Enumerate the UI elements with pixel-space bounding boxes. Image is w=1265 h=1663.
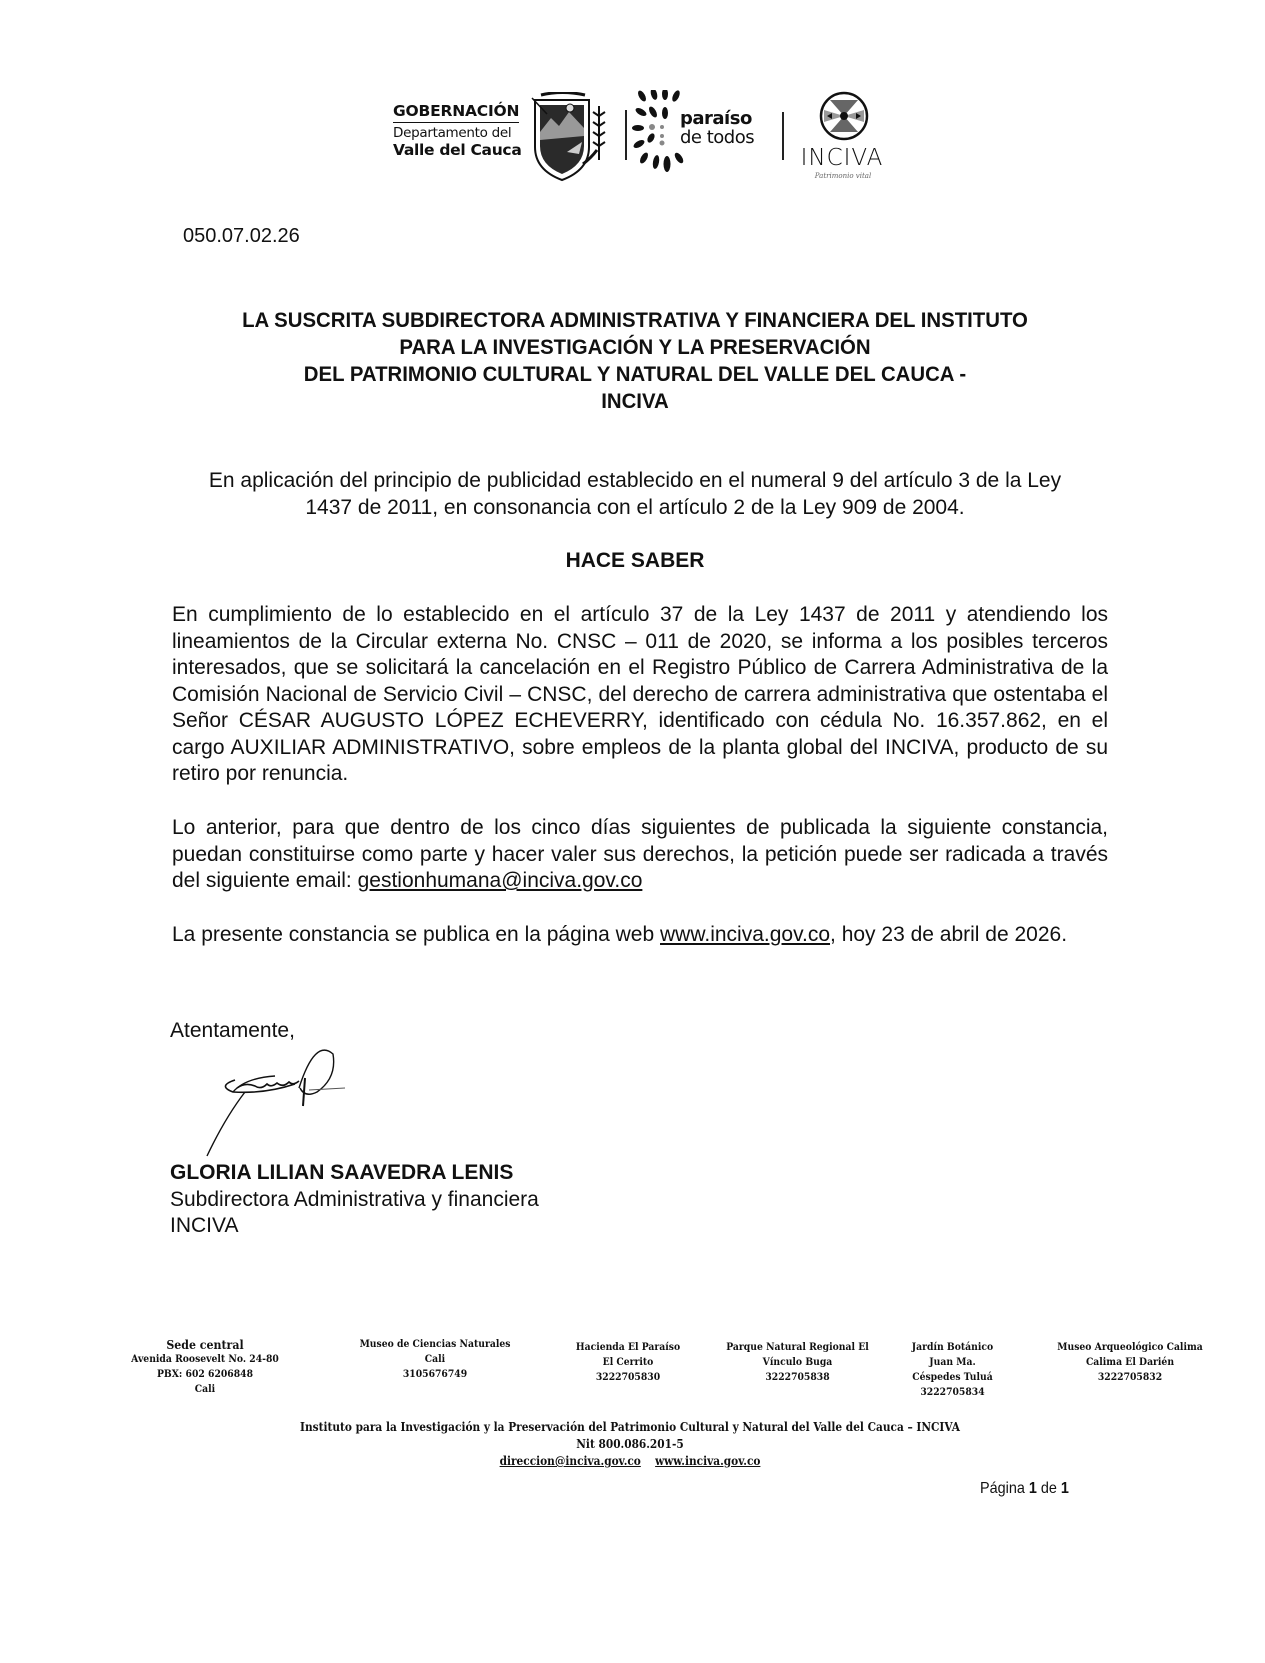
footer-location-line: 3222705830 <box>558 1370 699 1385</box>
footer-location-line: 3105676749 <box>343 1367 528 1382</box>
inciva-emblem-icon <box>818 90 870 142</box>
footer-location-line: PBX: 602 6206848 <box>117 1367 293 1382</box>
inciva-wordmark: INCIVA <box>796 147 888 170</box>
footer-location-parque: Parque Natural Regional El Vínculo Buga … <box>712 1340 884 1385</box>
signer-block: GLORIA LILIAN SAAVEDRA LENIS Subdirector… <box>170 1160 539 1240</box>
footer-nit: Nit 800.086.201-5 <box>225 1437 1035 1452</box>
footer-location-jardin: Jardín Botánico Juan Ma. Céspedes Tuluá … <box>898 1340 1008 1400</box>
footer-location-line: Avenida Roosevelt No. 24-80 <box>117 1352 293 1367</box>
footer-location-heading: Hacienda El Paraíso <box>558 1340 699 1355</box>
rights-paragraph: Lo anterior, para que dentro de los cinc… <box>172 815 1108 895</box>
footer-location-heading: Museo Arqueológico Calima <box>1042 1340 1218 1355</box>
footer-location-heading: Jardín Botánico <box>898 1340 1008 1355</box>
footer-location-line: Vínculo Buga <box>712 1355 884 1370</box>
footer-location-line: 3222705832 <box>1042 1370 1218 1385</box>
footer-contact-links: direccion@inciva.gov.co www.inciva.gov.c… <box>225 1454 1035 1469</box>
footer-website-link[interactable]: www.inciva.gov.co <box>655 1454 760 1468</box>
footer-email-link[interactable]: direccion@inciva.gov.co <box>500 1454 641 1468</box>
page-of-label: de <box>1041 1480 1057 1497</box>
publication-date-text: , hoy 23 de abril de 2026. <box>830 923 1067 946</box>
footer-location-line: 3222705838 <box>712 1370 884 1385</box>
footer-location-hacienda: Hacienda El Paraíso El Cerrito 322270583… <box>558 1340 699 1385</box>
departamento-label: Departamento del <box>393 127 523 141</box>
signer-organization: INCIVA <box>170 1213 539 1240</box>
header-divider <box>782 112 784 160</box>
footer-location-line: Cali <box>343 1352 528 1367</box>
inciva-tagline: Patrimonio vital <box>800 172 886 180</box>
title-line: LA SUSCRITA SUBDIRECTORA ADMINISTRATIVA … <box>194 307 1077 334</box>
footer-location-line: Céspedes Tuluá <box>898 1370 1008 1385</box>
notice-paragraph: En cumplimiento de lo establecido en el … <box>172 602 1108 788</box>
footer-location-heading: Museo de Ciencias Naturales <box>343 1337 528 1352</box>
title-line: DEL PATRIMONIO CULTURAL Y NATURAL DEL VA… <box>194 361 1077 388</box>
section-heading: HACE SABER <box>185 548 1085 575</box>
handwritten-signature <box>205 1048 385 1158</box>
intro-paragraph: En aplicación del principio de publicida… <box>185 468 1085 521</box>
footer-location-museo-calima: Museo Arqueológico Calima Calima El Dari… <box>1042 1340 1218 1385</box>
publication-text: La presente constancia se publica en la … <box>172 923 660 946</box>
website-link[interactable]: www.inciva.gov.co <box>660 923 830 946</box>
page-label: Página <box>980 1480 1025 1497</box>
title-line: INCIVA <box>194 388 1077 415</box>
gobernacion-logo-text: GOBERNACIÓN Departamento del Valle del C… <box>393 104 523 159</box>
document-title: LA SUSCRITA SUBDIRECTORA ADMINISTRATIVA … <box>194 307 1077 415</box>
hr-email-link[interactable]: gestionhumana@inciva.gov.co <box>358 869 643 892</box>
signer-title: Subdirectora Administrativa y financiera <box>170 1187 539 1214</box>
footer-location-sede-central: Sede central Avenida Roosevelt No. 24-80… <box>117 1337 293 1397</box>
de-todos-label: de todos <box>680 129 754 147</box>
title-line: PARA LA INVESTIGACIÓN Y LA PRESERVACIÓN <box>194 334 1077 361</box>
footer-location-line: 3222705834 <box>898 1385 1008 1400</box>
footer-location-line: Cali <box>117 1382 293 1397</box>
page-number: Página 1 de 1 <box>980 1480 1069 1498</box>
page-total: 1 <box>1061 1480 1069 1497</box>
gobernacion-label: GOBERNACIÓN <box>393 104 519 123</box>
valle-del-cauca-label: Valle del Cauca <box>393 143 523 159</box>
footer-location-heading: Sede central <box>117 1337 293 1352</box>
document-reference: 050.07.02.26 <box>183 223 300 250</box>
footer-institute-name: Instituto para la Investigación y la Pre… <box>225 1420 1035 1435</box>
coat-of-arms-shield-icon <box>527 92 615 182</box>
footer-location-museo-ciencias: Museo de Ciencias Naturales Cali 3105676… <box>343 1337 528 1382</box>
paraiso-label: paraíso <box>680 110 754 128</box>
footer-location-line: Juan Ma. <box>898 1355 1008 1370</box>
footer-location-line: El Cerrito <box>558 1355 699 1370</box>
publication-paragraph: La presente constancia se publica en la … <box>172 922 1108 949</box>
footer-location-line: Calima El Darién <box>1042 1355 1218 1370</box>
closing-salutation: Atentamente, <box>170 1018 295 1045</box>
header-divider <box>625 110 627 160</box>
signer-name: GLORIA LILIAN SAAVEDRA LENIS <box>170 1160 539 1187</box>
page-current: 1 <box>1029 1480 1037 1497</box>
footer-location-heading: Parque Natural Regional El <box>712 1340 884 1355</box>
paraiso-de-todos-logo: paraíso de todos <box>680 110 754 147</box>
